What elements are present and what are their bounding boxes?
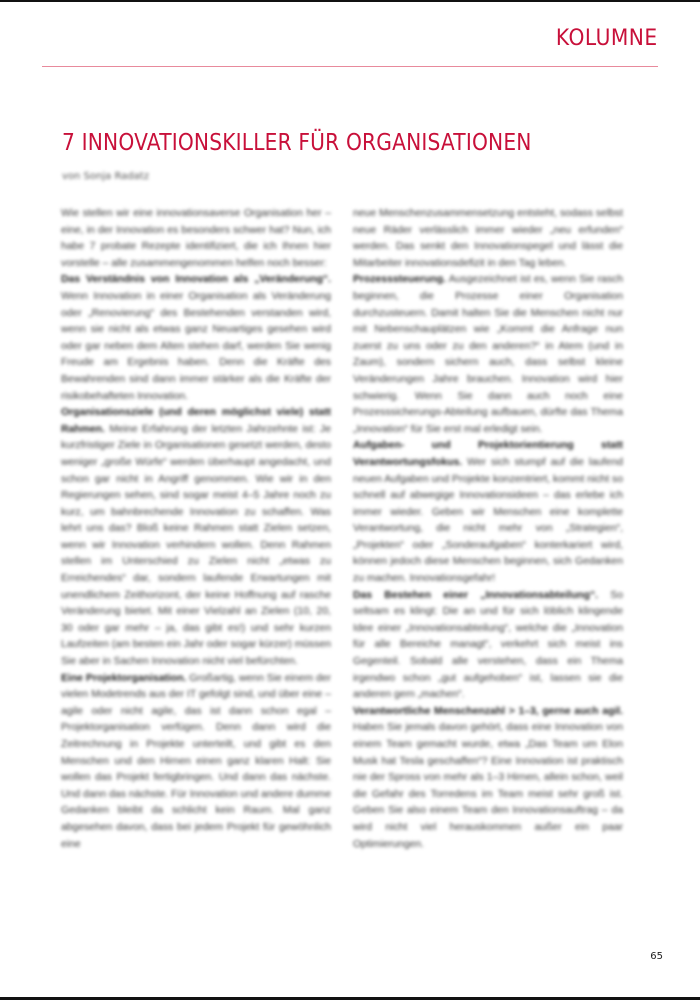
paragraph: Verantwortliche Menschenzahl > 1–3, gern… [353,704,623,853]
paragraph-text: Wie stellen wir eine innovationsaverse O… [61,208,331,269]
section-label: KOLUMNE [556,26,658,51]
paragraph-heading: Prozesssteuerung. [353,274,446,285]
paragraph-text: Meine Erfahrung der letzten Jahrzehnte i… [61,424,331,667]
paragraph-text: Wenn Innovation in einer Organisation al… [61,291,331,402]
paragraph-text: Wer sich stumpf auf die laufend neuen Au… [353,457,623,584]
paragraph: Prozesssteuerung. Ausgezeichnet ist es, … [353,272,623,438]
body-column-right: neue Menschenzusammensetzung entsteht, s… [353,206,623,853]
paragraph: Organisationsziele (und deren möglichst … [61,405,331,671]
paragraph-heading: Das Verständnis von Innovation als „Verä… [61,274,331,285]
article-byline: von Sonja Radatz [62,171,149,182]
paragraph-heading: Das Bestehen einer „Innovationsabteilung… [353,590,598,601]
page-top-border [0,0,700,2]
paragraph: Das Verständnis von Innovation als „Verä… [61,272,331,405]
article-title: 7 INNOVATIONSKILLER FÜR ORGANISATIONEN [62,128,532,156]
paragraph: Aufgaben- und Projektorientierung statt … [353,438,623,587]
paragraph: Wie stellen wir eine innovationsaverse O… [61,206,331,272]
header-divider [42,66,658,67]
paragraph-text: neue Menschenzusammensetzung entsteht, s… [353,208,623,269]
paragraph-heading: Eine Projektorganisation. [61,673,186,684]
paragraph: Das Bestehen einer „Innovationsabteilung… [353,588,623,704]
paragraph: Eine Projektorganisation. Großartig, wen… [61,671,331,854]
paragraph-text: So seltsam es klingt: Die an und für sic… [353,590,623,701]
paragraph-text: Großartig, wenn Sie einem der vielen Mod… [61,673,331,850]
body-column-left: Wie stellen wir eine innovationsaverse O… [61,206,331,853]
paragraph-text: Haben Sie jemals davon gehört, dass eine… [353,722,623,849]
page-number: 65 [650,951,663,962]
paragraph-text: Ausgezeichnet ist es, wenn Sie rasch beg… [353,274,623,434]
paragraph: neue Menschenzusammensetzung entsteht, s… [353,206,623,272]
paragraph-heading: Verantwortliche Menschenzahl > 1–3, gern… [353,706,623,717]
